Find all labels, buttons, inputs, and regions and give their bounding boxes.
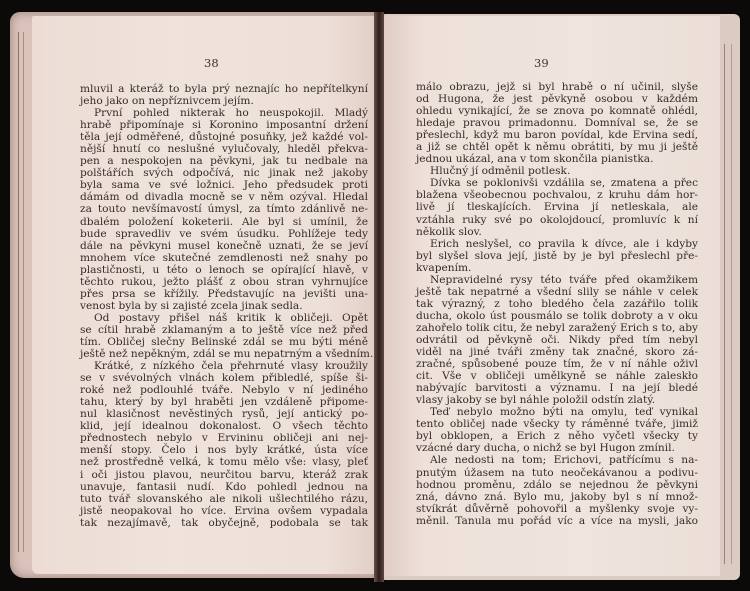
text-line: hledaje pravou primadonnu. Domníval se, …: [416, 117, 698, 129]
text-line: polštářích svých odpočívá, nic jinak než…: [80, 167, 368, 179]
text-line: se cítil hrabě zklamaným a to ještě více…: [80, 324, 368, 336]
text-line: i oči jistou plavou, neurčitou barvu, kt…: [80, 469, 368, 481]
text-line: hodnou proměnu, zdálo se nejednou že pěv…: [416, 479, 698, 491]
text-line: těla její odměřené, důstojné posuňky, je…: [80, 131, 368, 143]
text-line: těchto rukou, ježto plášť z obou stran v…: [80, 276, 368, 288]
text-line: tak výrazný, z toho bledého čela zazářil…: [416, 298, 698, 310]
text-line: zná, dávno zná. Bylo mu, jakoby byl s ní…: [416, 491, 698, 503]
text-line: zračné, spůsobené pouze tím, že v ní náh…: [416, 358, 698, 370]
text-line: tak nezajímavě, tak obyčejně, podobala s…: [80, 517, 368, 529]
text-line: za touto nevšímavostí úmysl, za tímto zd…: [80, 203, 368, 215]
open-book: 38 39 mluvil a kteráž to byla prý neznaj…: [0, 0, 750, 591]
text-line: viděl na jiné tváři změny tak značné, sk…: [416, 346, 698, 358]
text-line: mnohem více skutečné zemdlenosti než sna…: [80, 252, 368, 264]
text-line: přes prsa se křížily. Představujíc na je…: [80, 288, 368, 300]
text-line: vztáhla ruky své po okolojdoucí, promluv…: [416, 214, 698, 226]
text-line: První pohled nikterak ho neuspokojil. Ml…: [80, 107, 368, 119]
text-line: pen a nespokojen na pěvkyni, jak tu nedb…: [80, 155, 368, 167]
text-line: plastičnosti, u této o lenoch se opírají…: [80, 264, 368, 276]
text-line: tahu, který by byl hraběti jen vzdáleně …: [80, 396, 368, 408]
text-line: byl slyšel slova její, jistě by je byl p…: [416, 250, 698, 262]
text-line: nabývajíc barvitosti a významu. I na jej…: [416, 382, 698, 394]
text-line: než prostředně velká, k tomu mělo vše: v…: [80, 456, 368, 468]
text-line: jistě neopakoval ho více. Ervina ovšem v…: [80, 505, 368, 517]
text-line: klid, její idealnou dokonalost. O všech …: [80, 420, 368, 432]
text-line: Krátké, z nízkého čela přehrnuté vlasy k…: [80, 360, 368, 372]
text-line: ještě než nepěkným, zdál se mu nepatrným…: [80, 348, 368, 360]
text-line: byl obklopen, a Erich z něho vyčetl všec…: [416, 430, 698, 442]
right-page-number: 39: [534, 56, 549, 70]
text-line: tím. Obličej slečny Belinské zdál se mu …: [80, 336, 368, 348]
text-line: se v svévolných vlnách kolem přibledlé, …: [80, 372, 368, 384]
left-page-number: 38: [204, 56, 219, 70]
text-line: ještě tak nepatrné a všední slily se náh…: [416, 286, 698, 298]
text-line: venost byla by si zajisté zcela jinak se…: [80, 300, 368, 312]
text-line: Od postavy přišel náš kritik k obličeji.…: [80, 312, 368, 324]
text-line: hrabě připomínaje si Koronino imposantní…: [80, 119, 368, 131]
text-line: nul klasičnost nevěstiných rysů, její an…: [80, 408, 368, 420]
text-line: odvrátil od pěvkyně oči. Nikdy před tím …: [416, 334, 698, 346]
text-line: kvapením.: [416, 262, 698, 274]
text-line: stvíkrát důvěrně pohovořil a myšlenky sv…: [416, 503, 698, 515]
text-line: bude spravedliv ve svém úsudku. Pohlížej…: [80, 228, 368, 240]
book-spine-gutter: [374, 12, 384, 582]
text-line: měnil. Tanula mu pořád víc a více na mys…: [416, 515, 698, 527]
right-page-text: málo obrazu, jejž si byl hrabě o ní učin…: [416, 81, 698, 527]
text-line: Erich neslyšel, co pravila k dívce, ale …: [416, 238, 698, 250]
text-line: Nepravidelné rysy této tváře před okamži…: [416, 274, 698, 286]
text-line: Teď nebylo možno býti na omylu, teď vyni…: [416, 406, 698, 418]
text-line: ohledu vynikající, že se znova po komnat…: [416, 105, 698, 117]
text-line: Dívka se poklonivši vzdálila se, zmatena…: [416, 177, 698, 189]
text-line: tento obličej nade všecky ty ráměnné tvá…: [416, 418, 698, 430]
text-line: od Hugona, že jest pěvkyně osobou v každ…: [416, 93, 698, 105]
text-line: dále na pěvkyni musel konečně uznati, že…: [80, 240, 368, 252]
text-line: nější hnutí co neslušné vylučovaly, hled…: [80, 143, 368, 155]
text-line: přednostech nebylo v Ervininu obličeji a…: [80, 432, 368, 444]
text-line: zahořelo tolik citu, že nebyl zaražený E…: [416, 322, 698, 334]
text-line: cit. Vše v obličeji umělkyně se náhle za…: [416, 370, 698, 382]
text-line: menší stopy. Čelo i nos byly krátké, úst…: [80, 444, 368, 456]
text-line: dbalém položení koketerii. Ale byl si um…: [80, 216, 368, 228]
text-line: jednou ukázal, ana v tom skončila pianis…: [416, 153, 698, 165]
text-line: jeho jako on nepříznivcem jejím.: [80, 95, 368, 107]
text-line: málo obrazu, jejž si byl hrabě o ní učin…: [416, 81, 698, 93]
text-line: roké než podlouhlé tváře. Nebylo v ní je…: [80, 384, 368, 396]
text-line: Ale nedosti na tom; Erichovi, patřícímu …: [416, 454, 698, 466]
text-line: unavuje, fantasii nudí. Kdo pohledl jedn…: [80, 481, 368, 493]
text-line: ducha, okolo úst pousmálo se tolik dobro…: [416, 310, 698, 322]
text-line: byla sama ve své ložnici. Jeho předsudek…: [80, 179, 368, 191]
text-line: vlasy jakoby se byl náhle položil odstín…: [416, 394, 698, 406]
text-line: dámám od divadla mocně se v něm ozýval. …: [80, 191, 368, 203]
text-line: vzácné dary ducha, o nichž se byl Hugon …: [416, 442, 698, 454]
text-line: blažena všeobecnou pochvalou, z kruhu dá…: [416, 189, 698, 201]
text-line: mluvil a kteráž to byla prý neznajíc ho …: [80, 83, 368, 95]
text-line: několik slov.: [416, 226, 698, 238]
text-line: livě jí tleskajících. Ervina jí netleska…: [416, 201, 698, 213]
text-line: přeslechl, když mu baron povídal, kde Er…: [416, 129, 698, 141]
left-page-text: mluvil a kteráž to byla prý neznajíc ho …: [80, 83, 368, 529]
text-line: pnutým úžasem na tuto neočekávanou a pod…: [416, 467, 698, 479]
text-line: a již se chtěl opět k němu obrátiti, by …: [416, 141, 698, 153]
text-line: Hlučný jí odměnil potlesk.: [416, 165, 698, 177]
text-line: tuto tvář slovanského ale nikoli ušlecht…: [80, 493, 368, 505]
